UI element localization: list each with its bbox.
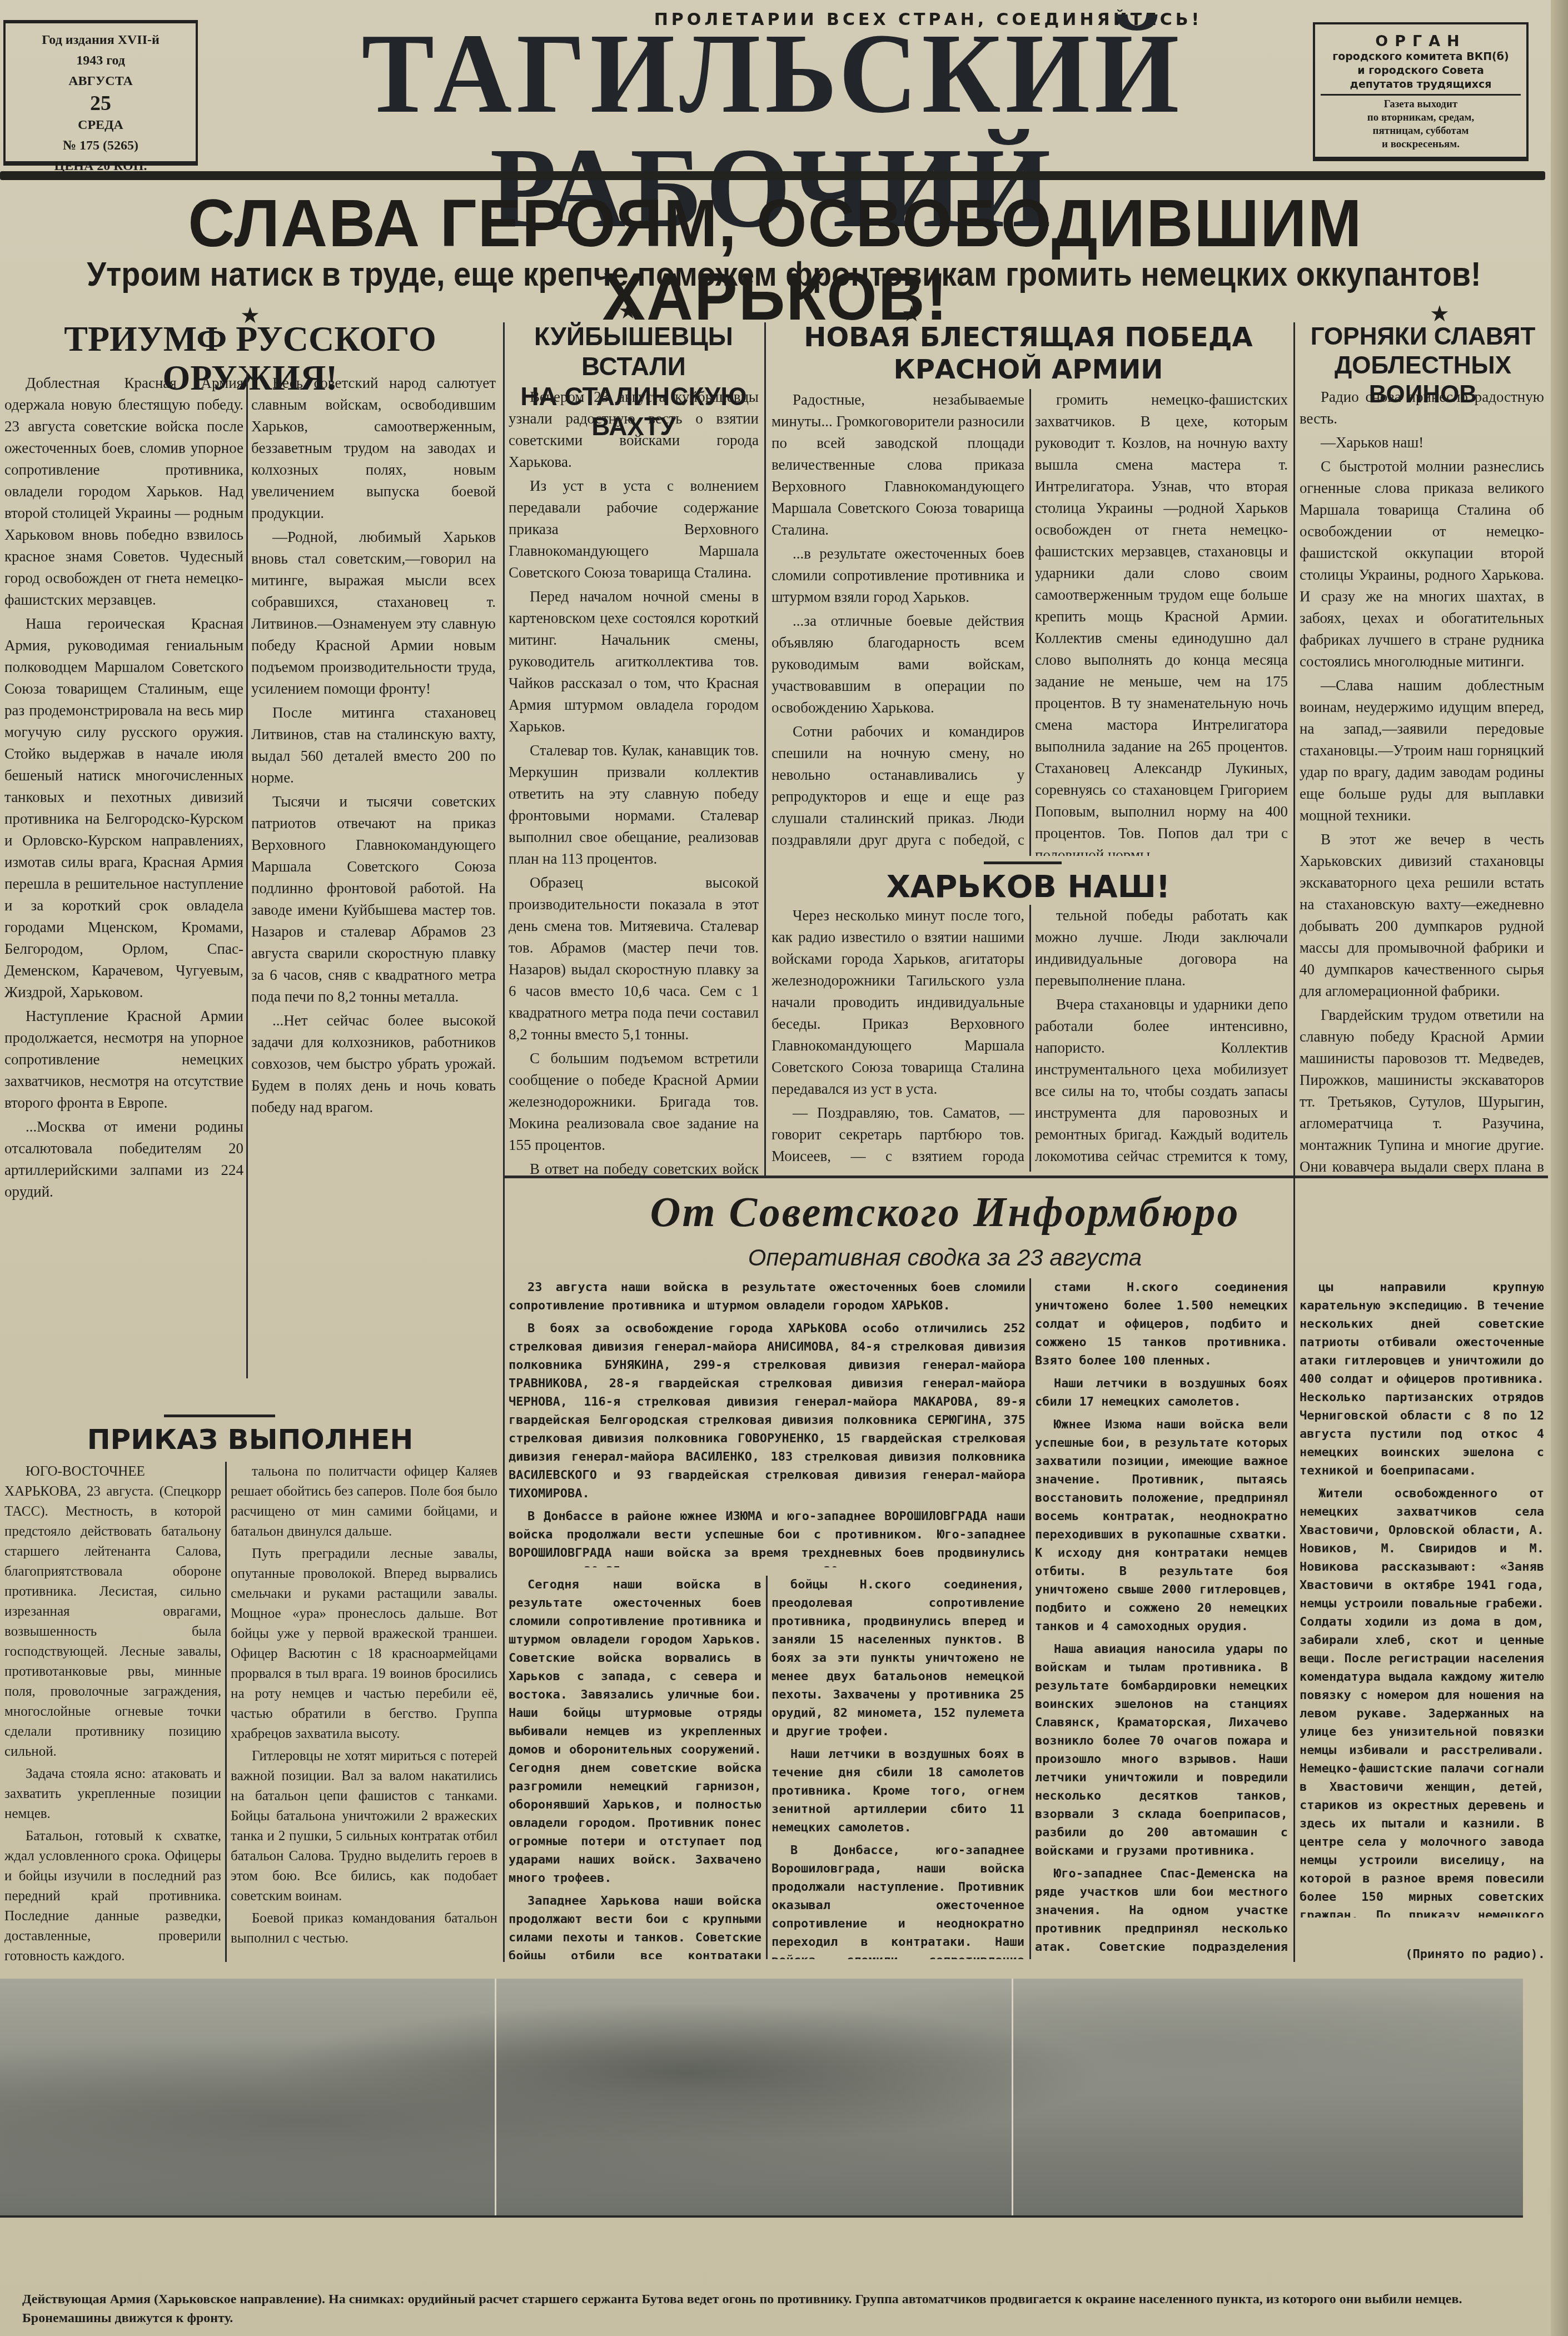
informburo-col-c: стами Н.ского соединения уничтожено боле… — [1035, 1278, 1288, 1959]
column-rule — [764, 322, 766, 1178]
paragraph: Сегодня наши войска в результате ожесточ… — [509, 1576, 761, 1887]
paragraph: Образец высокой производительности показ… — [509, 872, 759, 1045]
paragraph: Наша авиация наносила удары по войскам и… — [1035, 1640, 1288, 1860]
informburo-subtitle: Оперативная сводка за 23 августа — [611, 1245, 1278, 1271]
article-order-col-1: ЮГО-ВОСТОЧНЕЕ ХАРЬКОВА, 23 августа. (Спе… — [4, 1462, 221, 1962]
newspaper-page: ПРОЛЕТАРИИ ВСЕХ СТРАН, СОЕДИНЯЙТЕСЬ! Год… — [0, 0, 1568, 2336]
paragraph: Наступление Красной Армии продолжается, … — [4, 1005, 243, 1114]
article-triumph-col-2: Весь советский народ салютует славным во… — [251, 372, 496, 1378]
title-line: НОВАЯ БЛЕСТЯЩАЯ ПОБЕДА — [770, 321, 1287, 353]
issue-day: 25 — [6, 92, 196, 115]
star-icon: ★ — [611, 300, 645, 322]
photo-divider — [1012, 1979, 1013, 2215]
article-victory-col-2: громить немецко-фашистских захватчиков. … — [1035, 389, 1288, 856]
organ-line-2: и городского Совета — [1315, 64, 1526, 78]
paragraph: —Слава нашим доблестным воинам, неудержи… — [1300, 675, 1544, 826]
paragraph: бойцы Н.ского соединения, преодолевая со… — [771, 1576, 1024, 1741]
paragraph: Боевой приказ командования батальон выпо… — [231, 1909, 497, 1949]
paragraph: Батальон, готовый к схватке, ждал условл… — [4, 1826, 221, 1962]
paragraph: В Донбассе, юго-западнее Ворошиловграда,… — [771, 1841, 1024, 1959]
organ-info-box: ОРГАН городского комитета ВКП(б) и город… — [1313, 22, 1529, 161]
organ-divider — [1321, 94, 1521, 96]
article-kharkov-ours-title: ХАРЬКОВ НАШ! — [770, 870, 1287, 904]
paragraph: Южнее Изюма наши войска вели успешные бо… — [1035, 1416, 1288, 1636]
organ-label: ОРГАН — [1315, 33, 1526, 50]
issue-year: 1943 год — [6, 51, 196, 71]
article-victory-title: НОВАЯ БЛЕСТЯЩАЯ ПОБЕДА КРАСНОЙ АРМИИ — [770, 321, 1287, 386]
paragraph: ...Москва от имени родины отсалютовала п… — [4, 1116, 243, 1203]
paragraph: Вчера стахановцы и ударники депо работал… — [1035, 994, 1288, 1172]
photo-caption: Действующая Армия (Харьковское направлен… — [22, 2290, 1545, 2328]
informburo-col-d: цы направили крупную карательную экспеди… — [1300, 1278, 1544, 1917]
paragraph: ЮГО-ВОСТОЧНЕЕ ХАРЬКОВА, 23 августа. (Спе… — [4, 1462, 221, 1762]
paragraph: В Донбассе в районе южнее ИЗЮМА и юго-за… — [509, 1507, 1026, 1567]
title-line: ГОРНЯКИ СЛАВЯТ — [1298, 322, 1548, 351]
schedule-line-3: пятницам, субботам — [1315, 124, 1526, 138]
column-rule — [246, 372, 248, 1378]
paragraph: —Харьков наш! — [1300, 432, 1544, 454]
paragraph: тальона по политчасти офицер Каляев реша… — [231, 1462, 497, 1542]
issue-month: АВГУСТА — [6, 71, 196, 92]
paragraph: В ответ на победу советских войск металл… — [509, 1158, 759, 1176]
paragraph: Наша героическая Красная Армия, руководи… — [4, 613, 243, 1003]
sub-headline: Утроим натиск в труде, еще крепче поможе… — [78, 256, 1490, 293]
paragraph: Юго-западнее Спас-Деменска на ряде участ… — [1035, 1865, 1288, 1959]
source-note: (Принято по радио). — [1390, 1945, 1545, 1964]
war-photo-strip — [0, 1979, 1523, 2218]
paragraph: Через несколько минут после того, как ра… — [771, 905, 1024, 1100]
article-miners-body: Радио снова принесло радостную весть. —Х… — [1300, 386, 1544, 1176]
paragraph: Западнее Харькова наши войска продолжают… — [509, 1892, 761, 1959]
year-of-publication: Год издания XVII-й — [6, 30, 196, 51]
paragraph: Сотни рабочих и командиров спешили на но… — [771, 721, 1024, 856]
informburo-lead: 23 августа наши войска в результате ожес… — [509, 1278, 1026, 1567]
section-rule — [503, 1176, 1548, 1178]
paragraph: ...в результате ожесточенных боев сломил… — [771, 543, 1024, 608]
paragraph: Радио снова принесло радостную весть. — [1300, 386, 1544, 430]
photo-divider — [495, 1979, 496, 2215]
article-victory-col-1: Радостные, незабываемые минуты... Громко… — [771, 389, 1024, 856]
paragraph: С большим подъемом встретили сообщение о… — [509, 1048, 759, 1156]
paragraph: —Родной, любимый Харьков вновь стал сове… — [251, 526, 496, 700]
schedule-line-4: и воскресеньям. — [1315, 138, 1526, 151]
paragraph: Весь советский народ салютует славным во… — [251, 372, 496, 524]
paragraph: Наши летчики в воздушных боях в течение … — [771, 1745, 1024, 1837]
section-separator — [984, 861, 1062, 864]
paragraph: Гитлеровцы не хотят мириться с потерей в… — [231, 1746, 497, 1906]
paragraph: Доблестная Красная Армия одержала новую … — [4, 372, 243, 611]
column-rule — [1029, 1278, 1031, 1959]
paragraph: ...за отличные боевые действия объявляю … — [771, 610, 1024, 719]
paragraph: ...Нет сейчас более высокой задачи для к… — [251, 1010, 496, 1118]
column-rule — [1029, 905, 1031, 1172]
paragraph: стами Н.ского соединения уничтожено боле… — [1035, 1278, 1288, 1370]
masthead-rule — [0, 171, 1545, 180]
column-rule — [503, 1176, 505, 1962]
informburo-col-a: Сегодня наши войска в результате ожесточ… — [509, 1576, 761, 1959]
paragraph: В этот же вечер в честь Харьковских диви… — [1300, 829, 1544, 1002]
article-order-fulfilled-title: ПРИКАЗ ВЫПОЛНЕН — [0, 1423, 500, 1456]
paragraph: Путь преградили лесные завалы, опутанные… — [231, 1544, 497, 1744]
paragraph: В боях за освобождение города ХАРЬКОВА о… — [509, 1319, 1026, 1503]
issue-info-box: Год издания XVII-й 1943 год АВГУСТА 25 С… — [3, 20, 198, 166]
column-rule — [1293, 322, 1295, 1962]
paragraph: — Поздравляю, тов. Саматов, — говорит се… — [771, 1102, 1024, 1172]
paragraph: громить немецко-фашистских захватчиков. … — [1035, 389, 1288, 856]
page-binding-edge — [1551, 0, 1568, 2336]
paragraph: Вечером 23 августа куйбышевцы узнали рад… — [509, 386, 759, 473]
column-rule — [503, 322, 505, 1178]
paragraph: С быстротой молнии разнеслись огненные с… — [1300, 456, 1544, 673]
star-icon: ★ — [1423, 303, 1456, 325]
paragraph: Тысячи и тысячи советских патриотов отве… — [251, 791, 496, 1008]
article-kharkov-ours-col-2: тельной победы работать как можно лучше.… — [1035, 905, 1288, 1172]
paragraph: Радостные, незабываемые минуты... Громко… — [771, 389, 1024, 541]
column-rule — [766, 1576, 768, 1959]
paragraph: 23 августа наши войска в результате ожес… — [509, 1278, 1026, 1315]
informburo-col-b: бойцы Н.ского соединения, преодолевая со… — [771, 1576, 1024, 1959]
paragraph: Задача стояла ясно: атаковать и захватит… — [4, 1764, 221, 1824]
section-separator — [164, 1414, 275, 1417]
issue-weekday: СРЕДА — [6, 115, 196, 136]
article-kuibyshev-body: Вечером 23 августа куйбышевцы узнали рад… — [509, 386, 759, 1176]
paragraph: Перед началом ночной смены в картеновско… — [509, 586, 759, 738]
column-rule — [225, 1462, 227, 1962]
organ-line-3: депутатов трудящихся — [1315, 78, 1526, 92]
schedule-line-2: по вторникам, средам, — [1315, 111, 1526, 124]
paragraph: цы направили крупную карательную экспеди… — [1300, 1278, 1544, 1480]
article-order-col-2: тальона по политчасти офицер Каляев реша… — [231, 1462, 497, 1962]
title-line: КУЙБЫШЕВЦЫ ВСТАЛИ — [509, 321, 759, 381]
paragraph: После митинга стахановец Литвинов, став … — [251, 702, 496, 789]
paragraph: Жители освобожденного от немецких захват… — [1300, 1485, 1544, 1917]
paragraph: Наши летчики в воздушных боях сбили 17 н… — [1035, 1374, 1288, 1411]
article-kharkov-ours-col-1: Через несколько минут после того, как ра… — [771, 905, 1024, 1172]
organ-line-1: городского комитета ВКП(б) — [1315, 50, 1526, 64]
column-rule — [1029, 389, 1031, 856]
informburo-title: От Советского Информбюро — [556, 1189, 1334, 1236]
article-triumph-col-1: Доблестная Красная Армия одержала новую … — [4, 372, 243, 1378]
schedule-line-1: Газета выходит — [1315, 98, 1526, 111]
paragraph: тельной победы работать как можно лучше.… — [1035, 905, 1288, 992]
paragraph: Гвардейским трудом ответили на славную п… — [1300, 1004, 1544, 1176]
paragraph: Сталевар тов. Кулак, канавщик тов. Мерку… — [509, 740, 759, 870]
issue-number: № 175 (5265) — [6, 136, 196, 156]
paragraph: Из уст в уста с волнением передавали раб… — [509, 475, 759, 584]
title-line: КРАСНОЙ АРМИИ — [770, 353, 1287, 386]
